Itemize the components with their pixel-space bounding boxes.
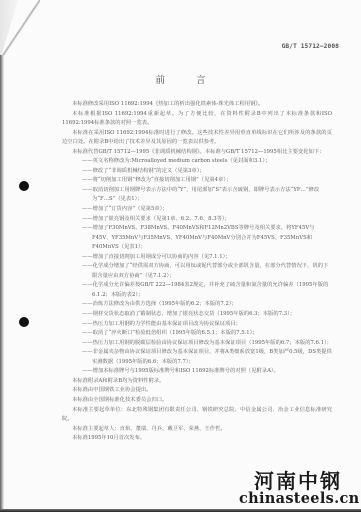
em-dash-bullet: —— bbox=[82, 368, 93, 374]
binding-shadow bbox=[0, 55, 4, 510]
paragraph-text: 钢材交货状态取消了锻制状态，增加了银亮状态交货（1995年版的6.3；本版的7.… bbox=[93, 311, 295, 317]
paragraph-text: 本标准修改采用ISO 11692:1994《热加工的析出强化铁素体-珠光体工程用… bbox=[72, 101, 263, 107]
watermark-domain: chinasteels.cn bbox=[239, 491, 357, 506]
change-list-item: ——化学成分增加了“经供需双方协商，可以用钛或铌代替部分或全部钒含量，在部分代替… bbox=[72, 262, 332, 281]
paragraph: 本标准主要起草单位：东北特殊钢集团有限责任公司、钢铁研究总院、中信金属公司、冶金… bbox=[62, 406, 332, 425]
document-page: GB/T 15712—2008 前 言 本标准修改采用ISO 11692:199… bbox=[0, 0, 361, 512]
paragraph: 本标准根据ISO 11692:1994重新起草。为了方便比较，在资料性附录B中列… bbox=[62, 110, 332, 129]
em-dash-bullet: —— bbox=[82, 187, 93, 193]
paragraph-text: 增加了F30MnVS、F38MnVS、F40MnVS和F12Mn2VBS等牌号及… bbox=[92, 225, 314, 250]
paragraph: 本标准1995年10月首次发布。 bbox=[62, 434, 332, 444]
paragraph-text: 本标准主要起草人：直焰、董瑞、丹兵、戴卫军、荣燕、王作哲。 bbox=[72, 426, 226, 432]
paragraph-text: 增加了“订货内容”（见第5章）； bbox=[93, 206, 168, 212]
em-dash-bullet: —— bbox=[82, 206, 93, 212]
paragraph-text: 修改了“非调质机械结构钢”的定义（见第3章）； bbox=[93, 168, 205, 174]
change-list-item: ——增加了F30MnVS、F38MnVS、F40MnVS和F12Mn2VBS等牌… bbox=[72, 224, 332, 253]
paragraph: 本标准在采用ISO 11692:1994标准时进行了修改。这些技术性差异用垂直单… bbox=[62, 129, 332, 148]
paragraph-text: 本标准在采用ISO 11692:1994标准时进行了修改。这些技术性差异用垂直单… bbox=[62, 130, 332, 146]
watermark: 河南中钢 chinasteels.cn bbox=[239, 471, 357, 506]
standard-number: GB/T 15712—2008 bbox=[282, 43, 339, 50]
paragraph-text: 本标准由中国钢铁工业协会提出。 bbox=[72, 387, 151, 393]
paragraph-text: 取消切削加工用钢牌号表示方法中的“Y”，用尾部加“S”表示含硫钢，即牌号表示方法… bbox=[92, 187, 319, 203]
paragraph: 本标准附录A和附录B均为资料性附录。 bbox=[62, 377, 332, 387]
paragraph-text: 非金属夹杂物由协议保证项目修改为基本保证项目，并将A类细系放宽1级，B类加严0.… bbox=[92, 349, 332, 365]
binding-hole-bottom bbox=[19, 317, 29, 327]
page-title: 前 言 bbox=[0, 72, 361, 86]
paragraph-text: 英文名称修改为:Microalloyed medium carbon steel… bbox=[93, 158, 271, 164]
change-list-item: ——英文名称修改为:Microalloyed medium carbon ste… bbox=[72, 157, 332, 167]
paragraph-text: 增加本标准牌号与1995版标准牌号和ISO 11692标准牌号的对照（见附录A）… bbox=[93, 368, 279, 374]
paragraph-text: 本标准1995年10月首次发布。 bbox=[72, 435, 145, 441]
paragraph-text: 热压力加工用钢的力学性能由基本保证项目改为协议保证项目； bbox=[93, 321, 241, 327]
em-dash-bullet: —— bbox=[82, 263, 93, 269]
foreword-body: 本标准修改采用ISO 11692:1994《热加工的析出强化铁素体-珠光体工程用… bbox=[62, 100, 332, 444]
em-dash-bullet: —— bbox=[82, 321, 93, 327]
paragraph-text: 本标准由全国钢标准化技术委员会归口。 bbox=[72, 397, 167, 403]
paragraph: 本标准由全国钢标准化技术委员会归口。 bbox=[62, 396, 332, 406]
paragraph-text: 本标准附录A和附录B均为资料性附录。 bbox=[72, 378, 164, 384]
change-list-item: ——取消切削加工用钢牌号表示方法中的“Y”，用尾部加“S”表示含硫钢，即牌号表示… bbox=[72, 186, 332, 205]
em-dash-bullet: —— bbox=[82, 282, 93, 288]
change-list-item: ——化学成分允许偏差按GB/T 222—1984表2规定，并补充了硫含量和氮含量… bbox=[72, 281, 332, 300]
paragraph-text: 增加了银亮钢及相关要求（见第1章、6.2、7.6、8.3等）； bbox=[93, 216, 230, 222]
paragraph-text: 将“切削加工用钢”修改为“直接切削加工用钢”（见第4章）； bbox=[93, 177, 232, 183]
em-dash-bullet: —— bbox=[82, 168, 93, 174]
em-dash-bullet: —— bbox=[82, 254, 93, 260]
em-dash-bullet: —— bbox=[82, 330, 93, 336]
change-list-item: ——将“切削加工用钢”修改为“直接切削加工用钢”（见第4章）； bbox=[72, 176, 332, 186]
paragraph-text: 化学成分允许偏差按GB/T 222—1984表2规定，并补充了硫含量和氮含量的允… bbox=[92, 282, 328, 298]
change-list-item: ——增加了直接切削加工用钢成分可以协商的内容（见7.1.1）； bbox=[72, 253, 332, 263]
paragraph-text: 增加了直接切削加工用钢成分可以协商的内容（见7.1.1）； bbox=[93, 254, 231, 260]
watermark-chinese: 河南中钢 bbox=[239, 471, 357, 491]
paragraph-text: 冶炼方法修改为由供方选择（1995年版的6.2；本版的7.2）； bbox=[93, 301, 237, 307]
change-list-item: ——非金属夹杂物由协议保证项目修改为基本保证项目，并将A类细系放宽1级，B类加严… bbox=[72, 348, 332, 367]
paragraph: 本标准代替GB/T 15712—1995《非调质机械结构钢》。本标准与GB/T … bbox=[62, 148, 332, 158]
em-dash-bullet: —— bbox=[82, 340, 93, 346]
em-dash-bullet: —— bbox=[82, 311, 93, 317]
binding-hole-top bbox=[19, 181, 29, 191]
paragraph-text: 本标准根据ISO 11692:1994重新起草。为了方便比较，在资料性附录B中列… bbox=[62, 111, 332, 127]
em-dash-bullet: —— bbox=[82, 177, 93, 183]
change-list-item: ——增加了“订货内容”（见第5章）； bbox=[72, 205, 332, 215]
paragraph-text: 取消了“淬火断口”检验低倍组织（1995年版的6.5.1；本版的7.5.1）； bbox=[93, 330, 258, 336]
change-list-item: ——热压力加工用钢的脱碳层检验由协议保证项目修改为基本保证项目（1995年版的6… bbox=[72, 339, 332, 349]
em-dash-bullet: —— bbox=[82, 301, 93, 307]
paragraph: 本标准修改采用ISO 11692:1994《热加工的析出强化铁素体-珠光体工程用… bbox=[62, 100, 332, 110]
paragraph: 本标准由中国钢铁工业协会提出。 bbox=[62, 386, 332, 396]
em-dash-bullet: —— bbox=[82, 349, 93, 355]
page-curl-edge bbox=[0, 0, 40, 60]
change-list-item: ——修改了“非调质机械结构钢”的定义（见第3章）； bbox=[72, 167, 332, 177]
change-list-item: ——取消了“淬火断口”检验低倍组织（1995年版的6.5.1；本版的7.5.1）… bbox=[72, 329, 332, 339]
paragraph-text: 化学成分增加了“经供需双方协商，可以用钛或铌代替部分或全部钒含量，在部分代替情况… bbox=[92, 263, 328, 279]
paragraph-text: 本标准主要起草单位：东北特殊钢集团有限责任公司、钢铁研究总院、中信金属公司、冶金… bbox=[62, 407, 332, 423]
change-list-item: ——热压力加工用钢的力学性能由基本保证项目改为协议保证项目； bbox=[72, 320, 332, 330]
em-dash-bullet: —— bbox=[82, 216, 93, 222]
paragraph: 本标准主要起草人：直焰、董瑞、丹兵、戴卫军、荣燕、王作哲。 bbox=[62, 425, 332, 435]
change-list-item: ——增加本标准牌号与1995版标准牌号和ISO 11692标准牌号的对照（见附录… bbox=[72, 367, 332, 377]
change-list-item: ——钢材交货状态取消了锻制状态，增加了银亮状态交货（1995年版的6.3；本版的… bbox=[72, 310, 332, 320]
paragraph-text: 本标准代替GB/T 15712—1995《非调质机械结构钢》。本标准与GB/T … bbox=[72, 149, 324, 155]
em-dash-bullet: —— bbox=[82, 225, 93, 231]
change-list-item: ——增加了银亮钢及相关要求（见第1章、6.2、7.6、8.3等）； bbox=[72, 215, 332, 225]
change-list-item: ——冶炼方法修改为由供方选择（1995年版的6.2；本版的7.2）； bbox=[72, 300, 332, 310]
paragraph-text: 热压力加工用钢的脱碳层检验由协议保证项目修改为基本保证项目（1995年版的6.7… bbox=[93, 340, 332, 346]
em-dash-bullet: —— bbox=[82, 158, 93, 164]
